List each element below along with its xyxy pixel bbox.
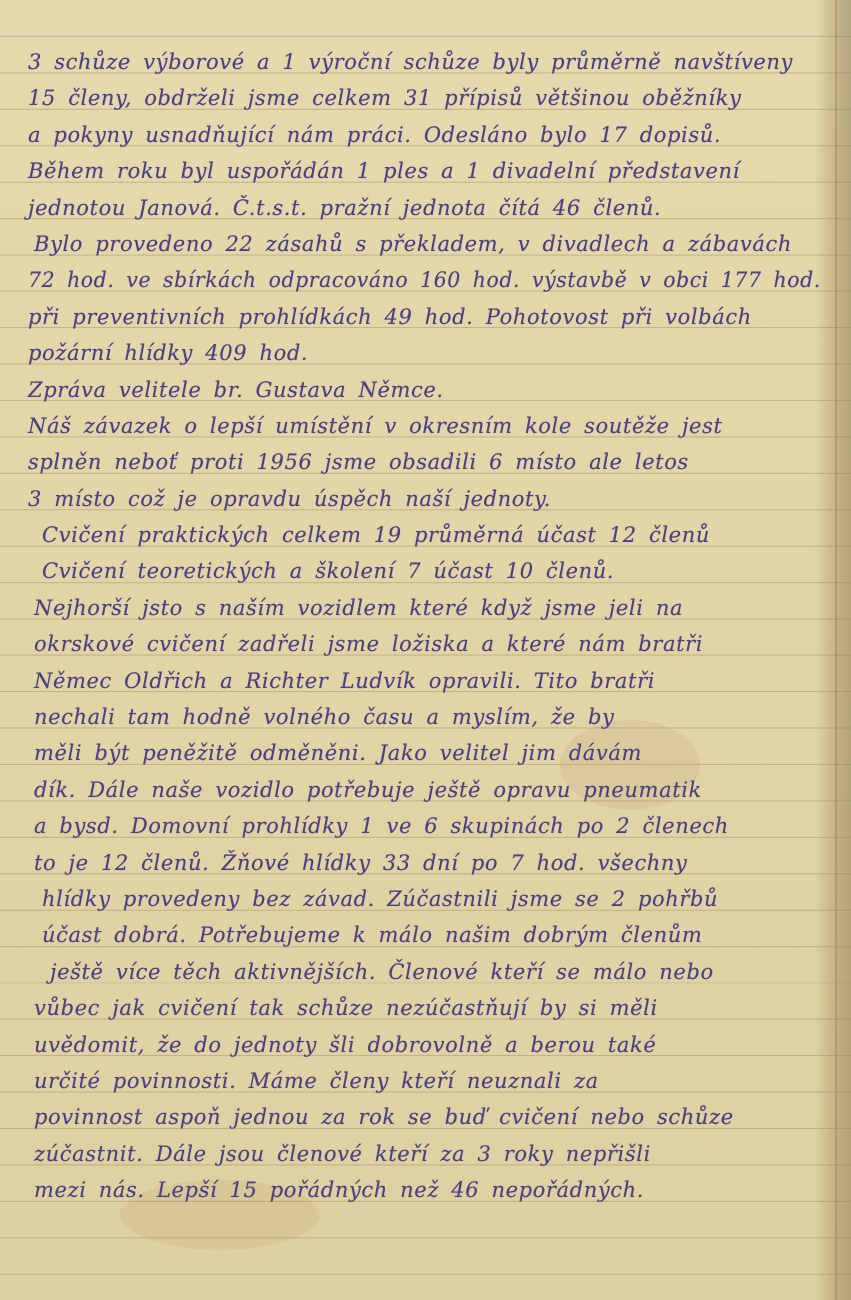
text-line: povinnost aspoň jednou za rok se buď cvi… [0,1099,851,1135]
text-line-content: 72 hod. ve sbírkách odpracováno 160 hod.… [28,262,821,298]
text-line-content: okrskové cvičení zadřeli jsme ložiska a … [34,626,703,662]
text-line: to je 12 členů. Žňové hlídky 33 dní po 7… [0,845,851,881]
text-line-content: Cvičení praktických celkem 19 průměrná ú… [42,517,710,553]
text-line: okrskové cvičení zadřeli jsme ložiska a … [0,626,851,662]
text-line-content: povinnost aspoň jednou za rok se buď cvi… [34,1099,734,1135]
text-line: měli být peněžitě odměněni. Jako velitel… [0,735,851,771]
text-line-content: měli být peněžitě odměněni. Jako velitel… [34,735,642,771]
text-line-content: Bylo provedeno 22 zásahů s překladem, v … [34,226,792,262]
text-line-content: to je 12 členů. Žňové hlídky 33 dní po 7… [34,845,688,881]
text-line-content: zúčastnit. Dále jsou členové kteří za 3 … [34,1136,651,1172]
text-line-content: určité povinnosti. Máme členy kteří neuz… [34,1063,599,1099]
text-line-content: hlídky provedeny bez závad. Zúčastnili j… [42,881,718,917]
text-line: požární hlídky 409 hod. [0,335,851,371]
text-line: a bysd. Domovní prohlídky 1 ve 6 skupiná… [0,808,851,844]
text-line-content: vůbec jak cvičení tak schůze nezúčastňuj… [34,990,658,1026]
text-line-content: 3 místo což je opravdu úspěch naší jedno… [28,481,551,517]
text-line: mezi nás. Lepší 15 pořádných než 46 nepo… [0,1172,851,1208]
text-line-content: splněn neboť proti 1956 jsme obsadili 6 … [28,444,689,480]
text-line: Během roku byl uspořádán 1 ples a 1 diva… [0,153,851,189]
text-line-content: 15 členy, obdrželi jsme celkem 31 přípis… [28,80,742,116]
text-line: Nejhorší jsto s naším vozidlem které kdy… [0,590,851,626]
text-line: ještě více těch aktivnějších. Členové kt… [0,954,851,990]
text-line-content: ještě více těch aktivnějších. Členové kt… [50,954,714,990]
text-line: 15 členy, obdrželi jsme celkem 31 přípis… [0,80,851,116]
text-line: 3 místo což je opravdu úspěch naší jedno… [0,481,851,517]
text-line: Cvičení praktických celkem 19 průměrná ú… [0,517,851,553]
handwritten-document-page: 3 schůze výborové a 1 výroční schůze byl… [0,0,851,1300]
text-line-content: dík. Dále naše vozidlo potřebuje ještě o… [34,772,702,808]
text-line: účast dobrá. Potřebujeme k málo našim do… [0,917,851,953]
text-line: Bylo provedeno 22 zásahů s překladem, v … [0,226,851,262]
text-line-content: uvědomit, že do jednoty šli dobrovolně a… [34,1027,656,1063]
text-line: 3 schůze výborové a 1 výroční schůze byl… [0,44,851,80]
text-line-content: Cvičení teoretických a školení 7 účast 1… [42,553,614,589]
text-line-content: Náš závazek o lepší umístění v okresním … [28,408,723,444]
text-line: a pokyny usnadňující nám práci. Odesláno… [0,117,851,153]
text-line: při preventivních prohlídkách 49 hod. Po… [0,299,851,335]
text-line-content: nechali tam hodně volného času a myslím,… [34,699,614,735]
text-line: Cvičení teoretických a školení 7 účast 1… [0,553,851,589]
text-line-content: požární hlídky 409 hod. [28,335,308,371]
text-line: nechali tam hodně volného času a myslím,… [0,699,851,735]
text-line-content: 3 schůze výborové a 1 výroční schůze byl… [28,44,793,80]
text-line: Němec Oldřich a Richter Ludvík opravili.… [0,663,851,699]
text-line: splněn neboť proti 1956 jsme obsadili 6 … [0,444,851,480]
text-line-content: Nejhorší jsto s naším vozidlem které kdy… [34,590,683,626]
text-line-content: a pokyny usnadňující nám práci. Odesláno… [28,117,721,153]
text-line: 72 hod. ve sbírkách odpracováno 160 hod.… [0,262,851,298]
text-line-content: mezi nás. Lepší 15 pořádných než 46 nepo… [34,1172,644,1208]
text-line: Náš závazek o lepší umístění v okresním … [0,408,851,444]
text-line-content: účast dobrá. Potřebujeme k málo našim do… [42,917,702,953]
text-line-content: Němec Oldřich a Richter Ludvík opravili.… [34,663,655,699]
text-line: vůbec jak cvičení tak schůze nezúčastňuj… [0,990,851,1026]
text-line: zúčastnit. Dále jsou členové kteří za 3 … [0,1136,851,1172]
handwritten-text-block: 3 schůze výborové a 1 výroční schůze byl… [0,44,851,1209]
text-line-content: jednotou Janová. Č.t.s.t. pražní jednota… [28,190,661,226]
text-line: jednotou Janová. Č.t.s.t. pražní jednota… [0,190,851,226]
section-heading: Zpráva velitele br. Gustava Němce. [0,372,851,408]
text-line: dík. Dále naše vozidlo potřebuje ještě o… [0,772,851,808]
text-line: uvědomit, že do jednoty šli dobrovolně a… [0,1027,851,1063]
text-line: určité povinnosti. Máme členy kteří neuz… [0,1063,851,1099]
text-line: hlídky provedeny bez závad. Zúčastnili j… [0,881,851,917]
text-line-content: při preventivních prohlídkách 49 hod. Po… [28,299,752,335]
text-line-content: a bysd. Domovní prohlídky 1 ve 6 skupiná… [34,808,729,844]
text-line-content: Během roku byl uspořádán 1 ples a 1 diva… [28,153,740,189]
text-line-content: Zpráva velitele br. Gustava Němce. [28,372,444,408]
